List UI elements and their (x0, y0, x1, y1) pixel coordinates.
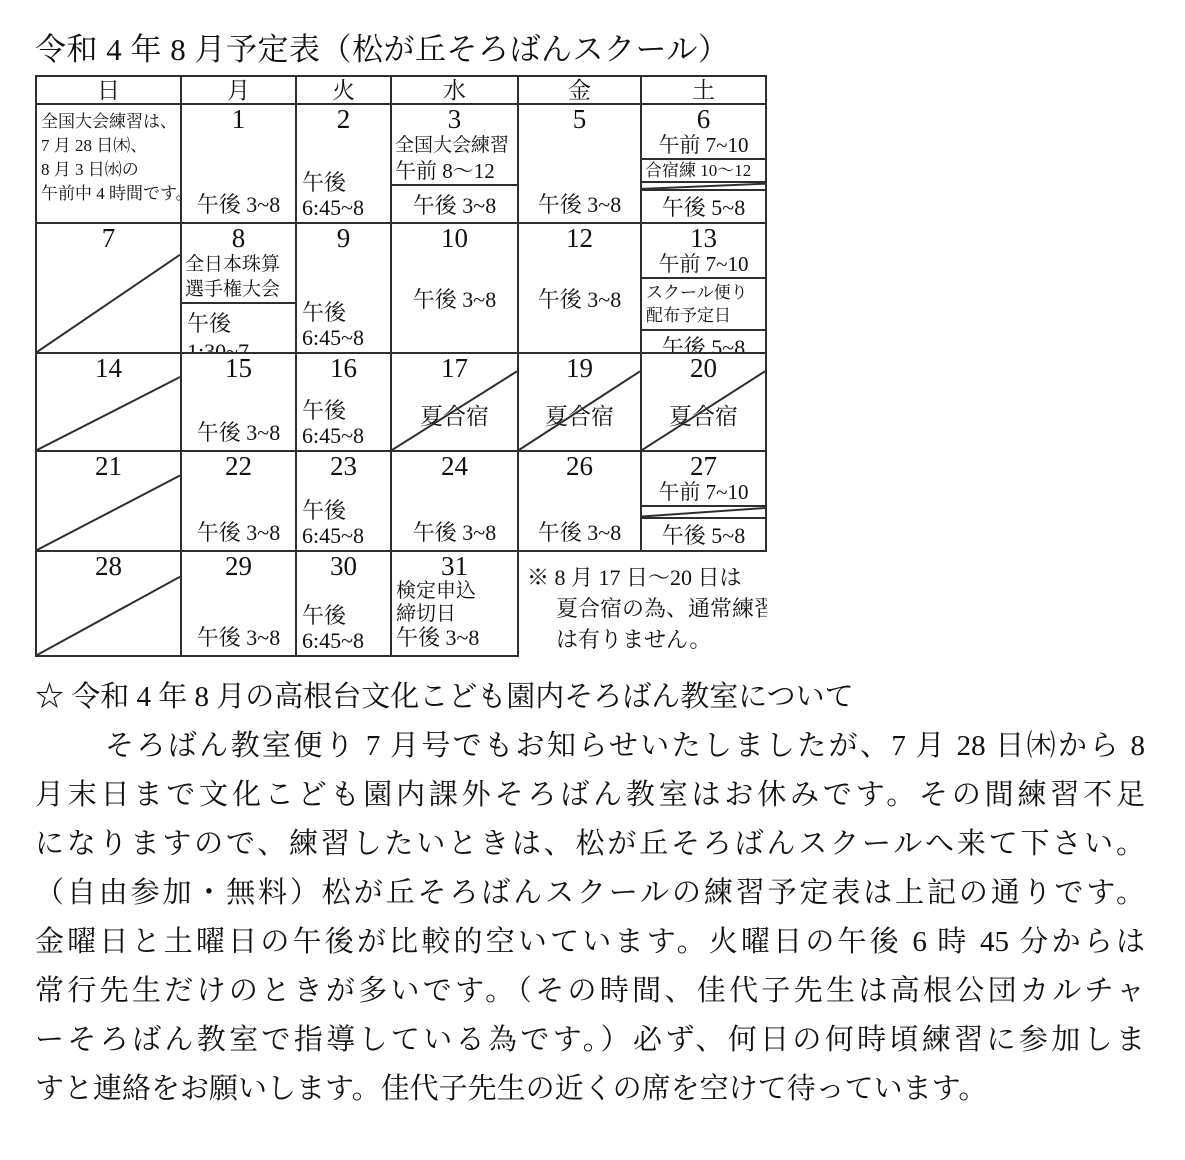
cell-aug-22: 22 午後 3~8 (182, 452, 297, 552)
session-time: 午後 6:45~8 (302, 498, 364, 548)
cell-aug-10: 10 午後 3~8 (392, 224, 519, 354)
diagonal-line-icon (37, 354, 180, 450)
day-number: 6 (642, 105, 765, 133)
day-number: 5 (519, 105, 640, 133)
announcement-line: そろばん教室便り 7 月号でもお知らせいたしましたが、7 月 28 日㈭から 8 (35, 722, 1145, 771)
day-number: 26 (519, 452, 640, 480)
event-label: 選手権大会 (182, 277, 295, 302)
diagonal-line-icon (37, 224, 180, 352)
cell-aug-30: 30 午後 6:45~8 (297, 552, 392, 657)
diagonal-line-icon (642, 183, 765, 189)
footnote-area: ※ 8 月 17 日～20 日は 夏合宿の為、通常練習 は有りません。 (519, 552, 767, 657)
day-number: 27 (642, 452, 765, 480)
cell-aug-26: 26 午後 3~8 (519, 452, 642, 552)
header-tuesday: 火 (297, 77, 392, 105)
day-number: 29 (182, 552, 295, 580)
summer-camp-footnote: ※ 8 月 17 日～20 日は 夏合宿の為、通常練習 は有りません。 (519, 552, 767, 655)
cell-aug-24: 24 午後 3~8 (392, 452, 519, 552)
diagonal-line-icon (519, 354, 640, 450)
header-saturday: 土 (642, 77, 767, 105)
cell-aug-8: 8 全日本珠算 選手権大会 午後 1:30~7 (182, 224, 297, 354)
announcement-line: （自由参加・無料）松が丘そろばんスクールの練習予定表は上記の通りです。 (35, 869, 1145, 918)
session-time: 午後 3~8 (182, 416, 295, 447)
announcement-line: 金曜日と土曜日の午後が比較的空いています。火曜日の午後 6 時 45 分からは (35, 918, 1145, 967)
day-number: 16 (297, 354, 390, 382)
schedule-table: 日 月 火 水 金 土 全国大会練習は、 7 月 28 日㈭、 8 月 3 日㈬… (35, 75, 767, 657)
national-practice-note: 全国大会練習は、 7 月 28 日㈭、 8 月 3 日㈬の 午前中 4 時間です… (37, 105, 180, 206)
session-time: 午後 3~8 (519, 283, 640, 314)
session-time: 午後 6:45~8 (302, 300, 364, 350)
session-time: 午後 3~8 (396, 621, 479, 652)
day-number: 2 (297, 105, 390, 133)
cell-aug-13: 13 午前 7~10 スクール便り 配布予定日 午後 5~8 (642, 224, 767, 354)
cell-aug-21: 21 (37, 452, 182, 552)
cell-aug-19: 19 夏合宿 (519, 354, 642, 452)
cell-aug-14: 14 (37, 354, 182, 452)
cell-aug-23: 23 午後 6:45~8 (297, 452, 392, 552)
event-label: 全国大会練習 (392, 133, 517, 158)
diagonal-line-icon (642, 507, 765, 517)
evening-session: 午後 5~8 (642, 189, 765, 222)
page-title: 令和 4 年 8 月予定表（松が丘そろばんスクール） (35, 24, 729, 69)
cell-aug-29: 29 午後 3~8 (182, 552, 297, 657)
header-sunday: 日 (37, 77, 182, 105)
week-row-1: 全国大会練習は、 7 月 28 日㈭、 8 月 3 日㈬の 午前中 4 時間です… (37, 105, 767, 224)
day-number: 22 (182, 452, 295, 480)
session-time: 午後 3~8 (392, 184, 517, 222)
announcement-text: ☆ 令和 4 年 8 月の高根台文化こども園内そろばん教室について そろばん教室… (35, 673, 1145, 1114)
exam-deadline-label: 検定申込 締切日 (392, 580, 517, 626)
cell-aug-20: 20 夏合宿 (642, 354, 767, 452)
diagonal-line-icon (37, 452, 180, 550)
day-number: 9 (297, 224, 390, 252)
session-time: 午後 3~8 (392, 283, 517, 314)
cell-aug-15: 15 午後 3~8 (182, 354, 297, 452)
camp-training-session: 合宿練 10～12 (642, 158, 765, 181)
cell-aug-1: 1 午後 3~8 (182, 105, 297, 224)
morning-session: 午前 7~10 (642, 252, 765, 277)
table-header-row: 日 月 火 水 金 土 (37, 77, 767, 105)
header-friday: 金 (519, 77, 642, 105)
announcement-heading: ☆ 令和 4 年 8 月の高根台文化こども園内そろばん教室について (35, 673, 1145, 722)
cell-aug-3: 3 全国大会練習 午前 8～12 午後 3~8 (392, 105, 519, 224)
day-number: 10 (392, 224, 517, 252)
announcement-line: になりますので、練習したいときは、松が丘そろばんスクールへ来て下さい。 (35, 820, 1145, 869)
cell-aug-5: 5 午後 3~8 (519, 105, 642, 224)
announcement-line: ーそろばん教室で指導している為です。）必ず、何日の何時頃練習に参加しま (35, 1016, 1145, 1065)
cell-aug-28: 28 (37, 552, 182, 657)
evening-session: 午後 5~8 (642, 517, 765, 550)
week-row-2: 7 8 全日本珠算 選手権大会 午後 1:30~7 9 午後 6:45~8 (37, 224, 767, 354)
session-time: 午後 6:45~8 (302, 170, 364, 220)
diagonal-line-icon (642, 354, 765, 450)
session-time: 午後 3~8 (519, 188, 640, 219)
announcement-line: 常行先生だけのときが多いです。（その時間、佳代子先生は高根公団カルチャ (35, 967, 1145, 1016)
week-row-4: 21 22 午後 3~8 23 午後 6:45~8 24 午後 3~8 26 午… (37, 452, 767, 552)
day-number: 31 (392, 552, 517, 580)
diagonal-band (642, 181, 765, 189)
session-time: 午後 6:45~8 (302, 603, 364, 653)
week-row-5: 28 29 午後 3~8 30 午後 6:45~8 31 検定申込 締切日 午後… (37, 552, 767, 657)
cell-sun-note: 全国大会練習は、 7 月 28 日㈭、 8 月 3 日㈬の 午前中 4 時間です… (37, 105, 182, 224)
day-number: 1 (182, 105, 295, 133)
day-number: 15 (182, 354, 295, 382)
day-number: 3 (392, 105, 517, 133)
cell-aug-12: 12 午後 3~8 (519, 224, 642, 354)
session-time: 午後 6:45~8 (302, 398, 364, 448)
announcement-line: 月末日まで文化こども園内課外そろばん教室はお休みです。その間練習不足 (35, 771, 1145, 820)
day-number: 8 (182, 224, 295, 252)
session-time: 午後 3~8 (182, 188, 295, 219)
cell-aug-9: 9 午後 6:45~8 (297, 224, 392, 354)
session-time: 午後 3~8 (519, 516, 640, 547)
day-number: 24 (392, 452, 517, 480)
diagonal-line-icon (37, 552, 180, 655)
evening-session: 午後 5~8 (642, 329, 765, 354)
day-number: 30 (297, 552, 390, 580)
session-time: 午後 3~8 (182, 621, 295, 652)
announcement-line: すと連絡をお願いします。佳代子先生の近くの席を空けて待っています。 (35, 1065, 1145, 1114)
header-wednesday: 水 (392, 77, 519, 105)
cell-aug-7: 7 (37, 224, 182, 354)
session-time: 午後 3~8 (392, 516, 517, 547)
day-number: 23 (297, 452, 390, 480)
document-page: { "title": "令和 4 年 8 月予定表（松が丘そろばんスクール）",… (0, 0, 1185, 1160)
morning-session: 午前 7~10 (642, 480, 765, 505)
cell-aug-17: 17 夏合宿 (392, 354, 519, 452)
morning-session: 午前 8～12 (392, 158, 517, 184)
diagonal-band (642, 505, 765, 517)
header-monday: 月 (182, 77, 297, 105)
morning-session: 午前 7~10 (642, 133, 765, 158)
cell-aug-6: 6 午前 7~10 合宿練 10～12 午後 5~8 (642, 105, 767, 224)
session-time: 午後 3~8 (182, 516, 295, 547)
diagonal-line-icon (392, 354, 517, 450)
day-number: 13 (642, 224, 765, 252)
day-number: 12 (519, 224, 640, 252)
cell-aug-27: 27 午前 7~10 午後 5~8 (642, 452, 767, 552)
session-time: 午後 1:30~7 (182, 304, 295, 354)
newsletter-notice: スクール便り 配布予定日 (642, 277, 765, 329)
week-row-3: 14 15 午後 3~8 16 午後 6:45~8 17 夏合宿 19 夏合宿 … (37, 354, 767, 452)
cell-aug-2: 2 午後 6:45~8 (297, 105, 392, 224)
cell-aug-31: 31 検定申込 締切日 午後 3~8 (392, 552, 519, 657)
event-label: 全日本珠算 (182, 252, 295, 277)
cell-aug-16: 16 午後 6:45~8 (297, 354, 392, 452)
